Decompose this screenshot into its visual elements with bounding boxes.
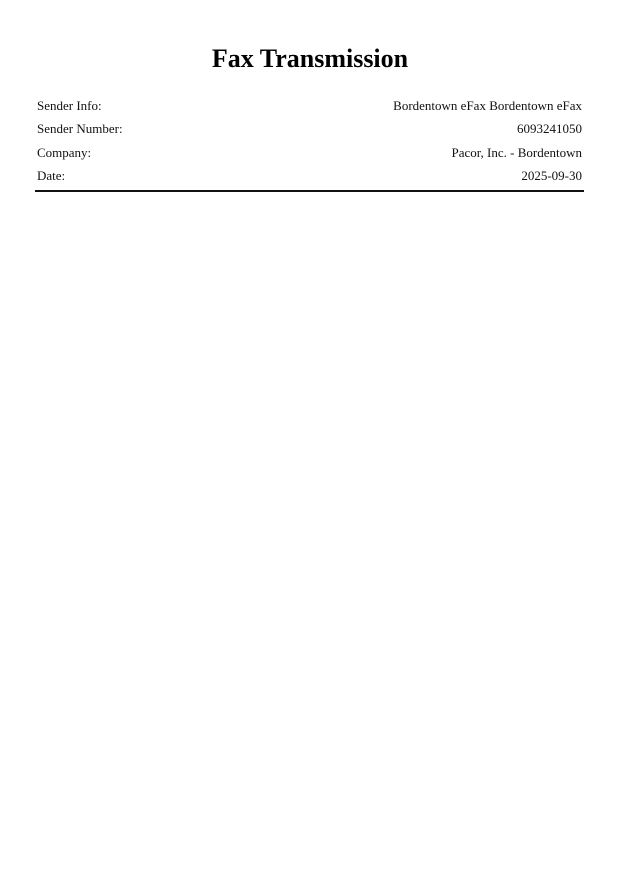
company-label: Company: — [37, 141, 91, 164]
sender-info-value: Bordentown eFax Bordentown eFax — [393, 94, 582, 117]
company-row: Company: Pacor, Inc. - Bordentown — [37, 141, 582, 164]
date-value: 2025-09-30 — [521, 164, 582, 187]
sender-number-row: Sender Number: 6093241050 — [37, 117, 582, 140]
sender-info-table: Sender Info: Bordentown eFax Bordentown … — [37, 94, 582, 187]
header-divider — [35, 190, 584, 192]
fax-cover-page: Fax Transmission Sender Info: Bordentown… — [0, 0, 635, 869]
page-title: Fax Transmission — [0, 42, 620, 76]
sender-number-value: 6093241050 — [517, 117, 582, 140]
company-value: Pacor, Inc. - Bordentown — [451, 141, 582, 164]
sender-number-label: Sender Number: — [37, 117, 123, 140]
sender-info-label: Sender Info: — [37, 94, 102, 117]
date-label: Date: — [37, 164, 65, 187]
sender-info-row: Sender Info: Bordentown eFax Bordentown … — [37, 94, 582, 117]
date-row: Date: 2025-09-30 — [37, 164, 582, 187]
